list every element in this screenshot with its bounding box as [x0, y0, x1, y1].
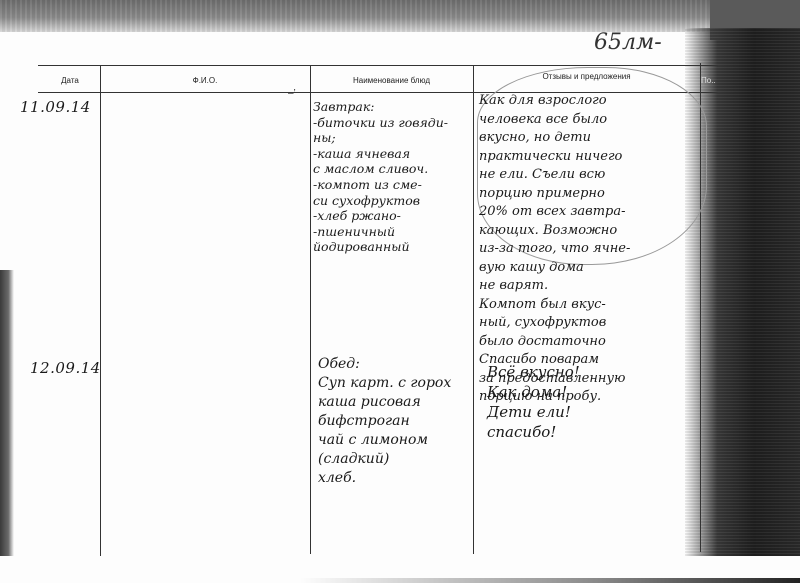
- column-divider: [310, 65, 311, 554]
- row-feedback: Как для взрослого человека все было вкус…: [479, 92, 701, 407]
- scan-shadow-top: [0, 0, 800, 32]
- scan-shadow-bottom: [300, 578, 800, 583]
- scan-shadow-left: [0, 270, 14, 556]
- row-feedback: Всё вкусно! Как дома! Дети ели! спасибо!: [487, 362, 697, 442]
- column-header-fio: Ф.И.О.: [100, 70, 310, 92]
- scan-shadow-right: [685, 28, 800, 556]
- column-header-dishes: Наименование блюд: [310, 70, 473, 92]
- row-dishes: Обед: Суп карт. с горох каша рисовая биф…: [318, 355, 478, 488]
- row-dishes: Завтрак: -биточки из говяди- ны; -каша я…: [313, 99, 473, 255]
- pen-mark: –’: [288, 88, 296, 99]
- row-date: 11.09.14: [20, 98, 91, 116]
- column-header-date: Дата: [40, 70, 100, 92]
- row-date: 12.09.14: [30, 359, 101, 377]
- page-annotation: 65лм-: [594, 30, 662, 55]
- column-divider: [100, 65, 101, 556]
- column-header-signature: По...: [701, 70, 715, 92]
